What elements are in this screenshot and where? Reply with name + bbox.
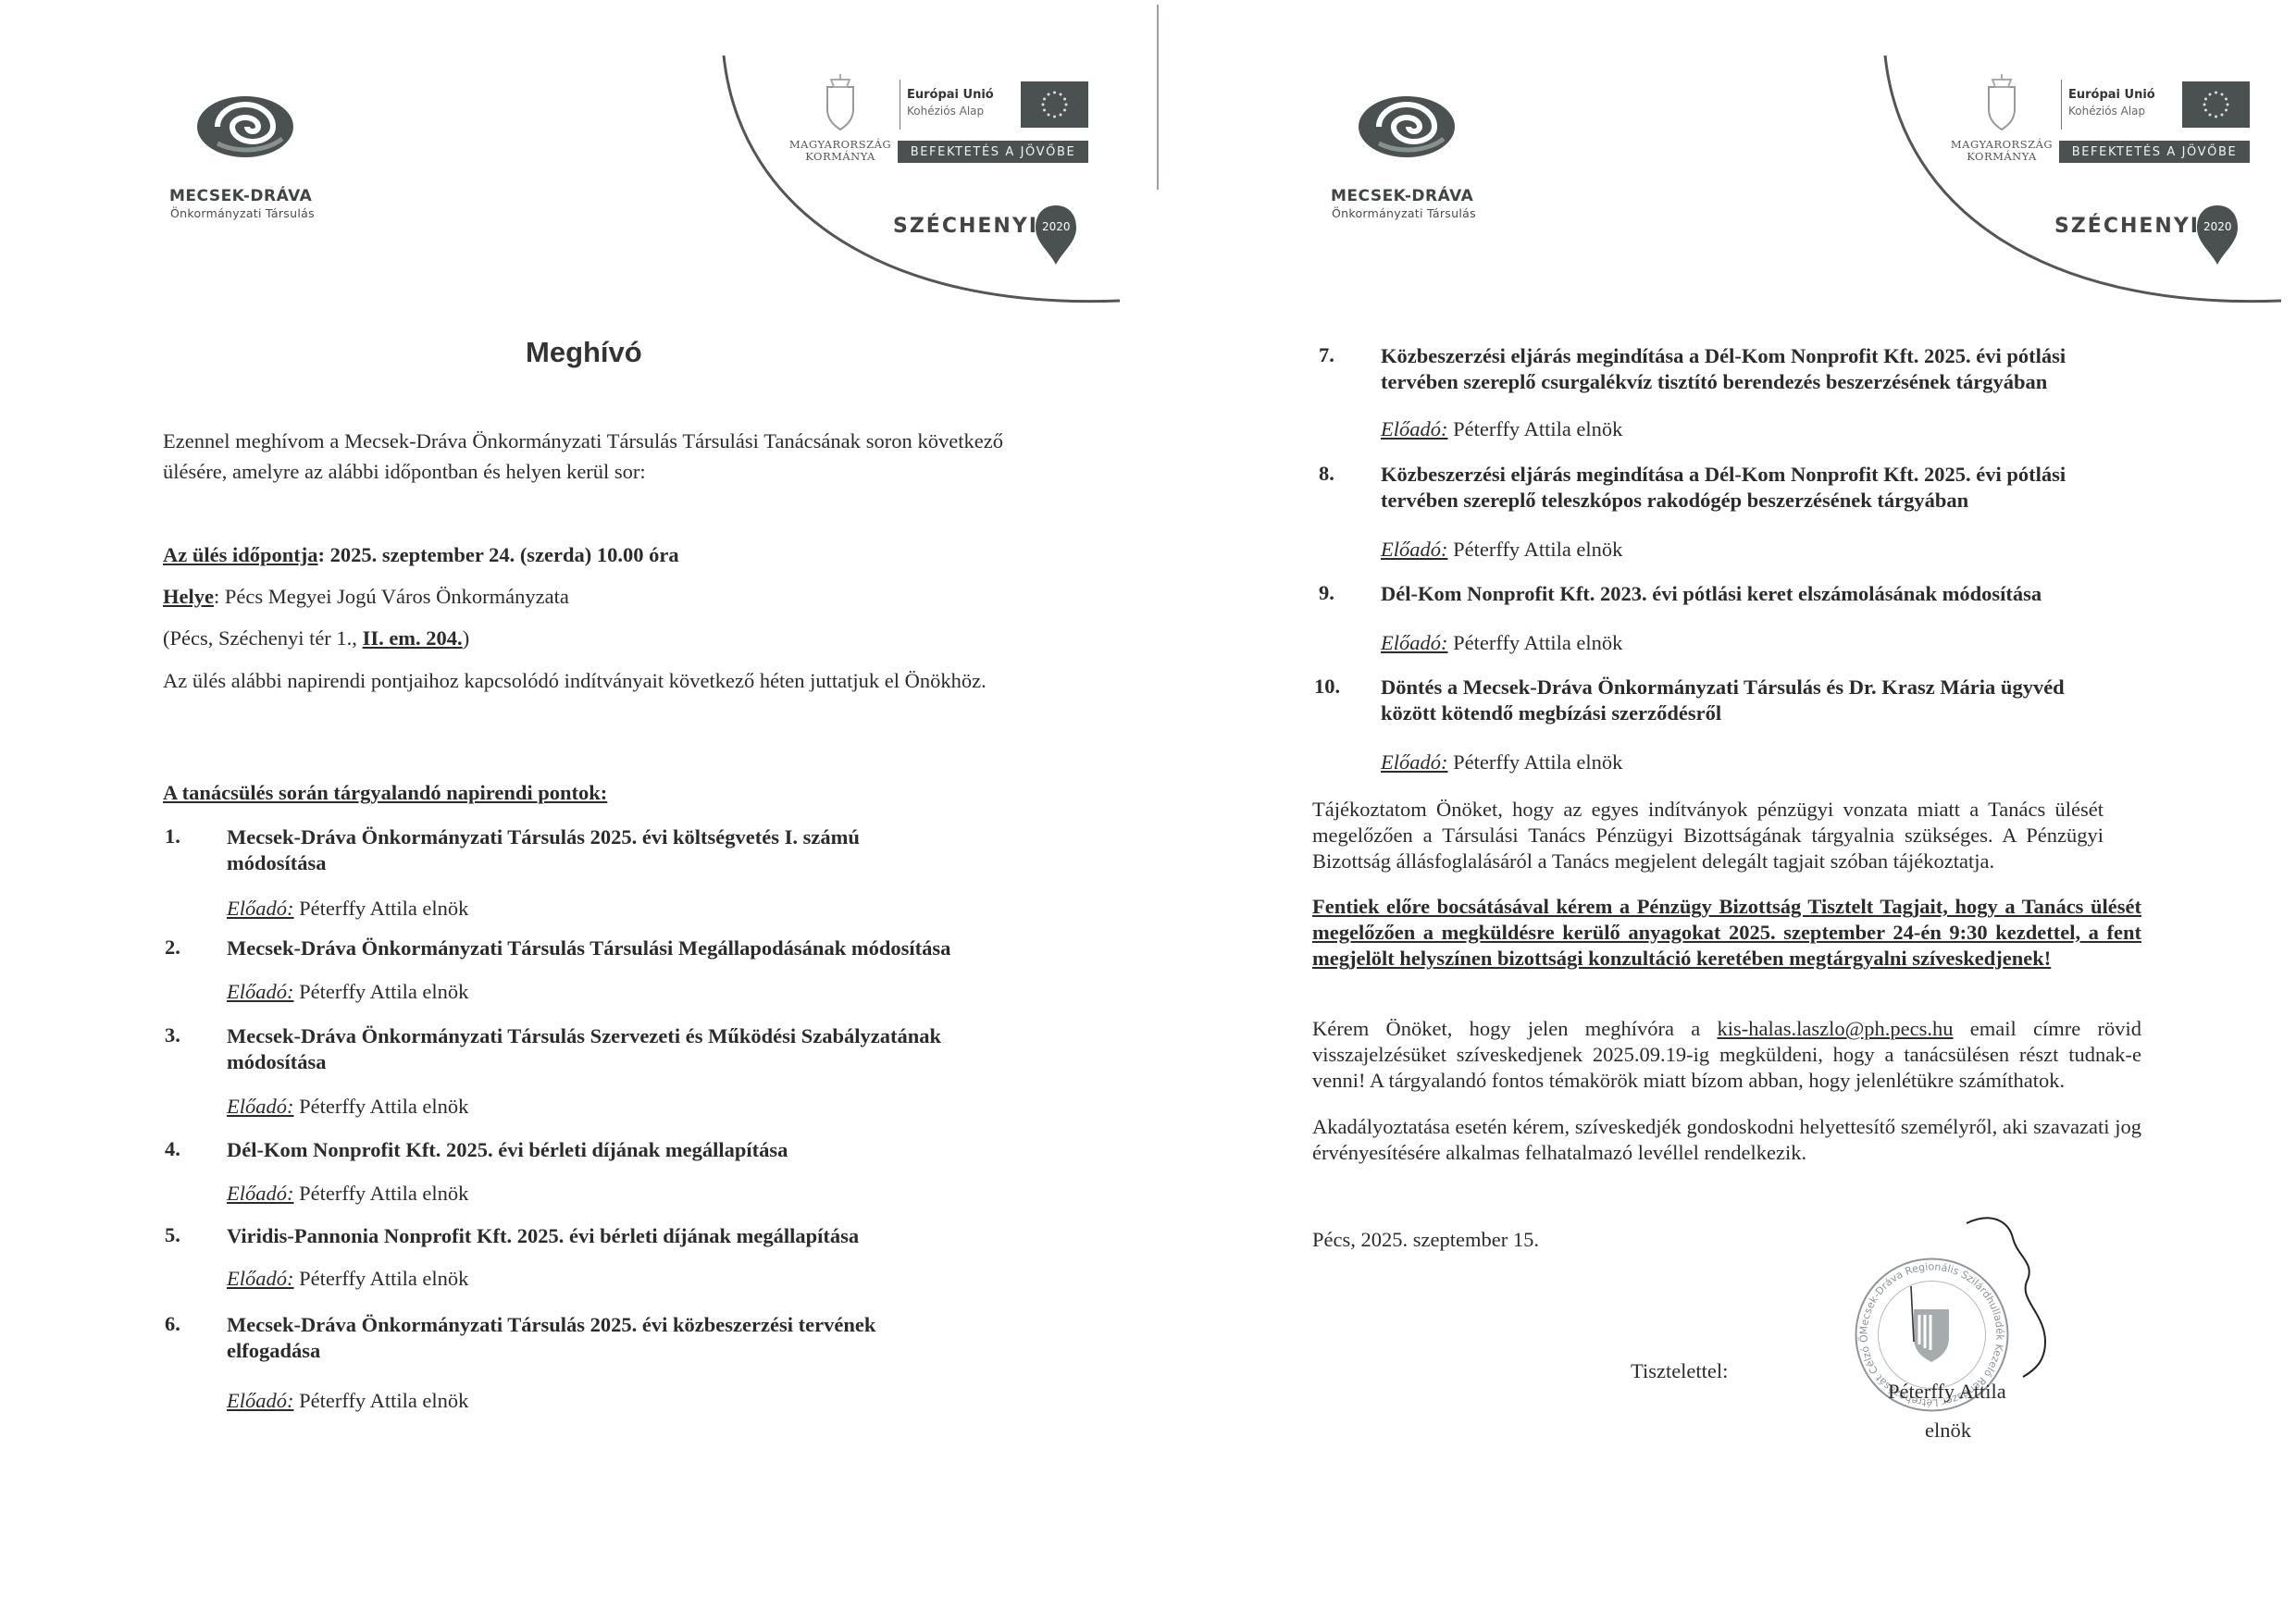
presenter-label: Előadó: [227, 1182, 294, 1205]
presenter-name: Péterffy Attila elnök [1448, 417, 1623, 440]
agenda-item-title: Mecsek-Dráva Önkormányzati Társulás 2025… [227, 824, 958, 876]
program-name: SZÉCHENYI [893, 215, 1038, 238]
government-label: MAGYARORSZÁG KORMÁNYA [1950, 139, 2054, 163]
notice-paragraph: Az ülés alábbi napirendi pontjaihoz kapc… [163, 668, 1003, 694]
agenda-item-number: 4. [165, 1137, 180, 1161]
meeting-place-value: : Pécs Megyei Jogú Város Önkormányzata [214, 585, 569, 608]
rsvp-prefix: Kérem Önöket, hogy jelen meghívóra a [1312, 1017, 1718, 1040]
presenter-name: Péterffy Attila elnök [294, 1389, 469, 1412]
signatory-name: Péterffy Attila [1888, 1379, 2006, 1405]
org-subtitle: Önkormányzati Társulás [170, 206, 315, 220]
agenda-item-number: 6. [165, 1312, 180, 1336]
proxy-paragraph: Akadályoztatása esetén kérem, szíveskedj… [1312, 1114, 2141, 1166]
org-subtitle: Önkormányzati Társulás [1332, 206, 1476, 220]
committee-request: Fentiek előre bocsátásával kérem a Pénzü… [1312, 894, 2141, 972]
agenda-item-presenter: Előadó: Péterffy Attila elnök [1381, 750, 1622, 774]
investment-band: BEFEKTETÉS A JÖVŐBE [898, 141, 1088, 163]
eu-divider [2061, 80, 2062, 130]
agenda-item-presenter: Előadó: Péterffy Attila elnök [227, 1267, 468, 1291]
spiral-logo-icon [1351, 88, 1462, 162]
presenter-name: Péterffy Attila elnök [294, 1182, 469, 1205]
presenter-name: Péterffy Attila elnök [1448, 750, 1623, 774]
info-paragraph: Tájékoztatom Önöket, hogy az egyes indít… [1312, 797, 2104, 874]
spiral-logo-icon [190, 88, 301, 162]
page-divider [1157, 5, 1159, 190]
agenda-item-title: Mecsek-Dráva Önkormányzati Társulás Szer… [227, 1023, 1004, 1075]
agenda-item-number: 5. [165, 1223, 180, 1247]
agenda-item-presenter: Előadó: Péterffy Attila elnök [1381, 538, 1622, 562]
rsvp-paragraph: Kérem Önöket, hogy jelen meghívóra a kis… [1312, 1016, 2141, 1094]
agenda-item-title: Döntés a Mecsek-Dráva Önkormányzati Társ… [1381, 675, 2103, 726]
program-year: 2020 [2203, 220, 2232, 233]
presenter-label: Előadó: [1381, 631, 1448, 654]
agenda-item-title: Viridis-Pannonia Nonprofit Kft. 2025. év… [227, 1223, 1004, 1249]
agenda-item-title: Közbeszerzési eljárás megindítása a Dél-… [1381, 462, 2121, 514]
agenda-item-presenter: Előadó: Péterffy Attila elnök [227, 1389, 468, 1413]
location-pin-icon: 2020 [1033, 204, 1079, 266]
meeting-date: Az ülés időpontja: 2025. szeptember 24. … [163, 542, 679, 568]
org-name: MECSEK-DRÁVA [169, 187, 312, 205]
closing: Tisztelettel: [1631, 1358, 1728, 1384]
agenda-item-number: 9. [1319, 581, 1334, 605]
presenter-label: Előadó: [1381, 417, 1448, 440]
agenda-item-number: 2. [165, 935, 180, 960]
agenda-item-presenter: Előadó: Péterffy Attila elnök [1381, 417, 1622, 441]
agenda-item-number: 10. [1314, 675, 1340, 699]
address-prefix: (Pécs, Széchenyi tér 1., [163, 626, 363, 650]
eu-divider [900, 80, 900, 130]
header-arc [0, 0, 1157, 333]
presenter-label: Előadó: [1381, 750, 1448, 774]
agenda-item-presenter: Előadó: Péterffy Attila elnök [227, 1095, 468, 1119]
eu-flag-icon [2182, 81, 2250, 128]
gov-line-2: KORMÁNYA [1950, 151, 2054, 163]
meeting-date-label: Az ülés időpontja [163, 543, 318, 566]
signature-icon [1860, 1212, 2064, 1388]
org-name: MECSEK-DRÁVA [1331, 187, 1473, 205]
eu-subtitle: Kohéziós Alap [2068, 105, 2145, 118]
hungarian-coat-of-arms-icon [822, 74, 859, 131]
program-name: SZÉCHENYI [2054, 215, 2200, 238]
agenda-item-number: 1. [165, 824, 180, 849]
eu-title: Európai Unió [907, 88, 994, 102]
investment-band: BEFEKTETÉS A JÖVŐBE [2059, 141, 2250, 163]
presenter-label: Előadó: [227, 1389, 294, 1412]
agenda-item-number: 8. [1319, 462, 1334, 486]
presenter-name: Péterffy Attila elnök [294, 980, 469, 1003]
agenda-item-presenter: Előadó: Péterffy Attila elnök [1381, 631, 1622, 655]
intro-paragraph: Ezennel meghívom a Mecsek-Dráva Önkormán… [163, 426, 1003, 487]
presenter-label: Előadó: [1381, 538, 1448, 561]
presenter-name: Péterffy Attila elnök [294, 897, 469, 920]
presenter-label: Előadó: [227, 897, 294, 920]
agenda-item-title: Mecsek-Dráva Önkormányzati Társulás Társ… [227, 935, 1004, 961]
meeting-place: Helye: Pécs Megyei Jogú Város Önkormányz… [163, 584, 569, 610]
agenda-heading: A tanácsülés során tárgyalandó napirendi… [163, 780, 607, 806]
presenter-label: Előadó: [227, 1267, 294, 1290]
location-pin-icon: 2020 [2194, 204, 2240, 266]
page-title: Meghívó [526, 336, 642, 369]
hungarian-coat-of-arms-icon [1983, 74, 2020, 131]
left-page-header: MECSEK-DRÁVA Önkormányzati Társulás MAGY… [0, 0, 1157, 1623]
eu-title: Európai Unió [2068, 88, 2155, 102]
program-year: 2020 [1042, 220, 1071, 233]
agenda-item-title: Dél-Kom Nonprofit Kft. 2025. évi bérleti… [227, 1137, 1004, 1163]
gov-line-2: KORMÁNYA [788, 151, 892, 163]
eu-flag-icon [1021, 81, 1088, 128]
header-arc [1161, 0, 2296, 333]
meeting-place-label: Helye [163, 585, 214, 608]
presenter-name: Péterffy Attila elnök [1448, 631, 1623, 654]
agenda-item-title: Dél-Kom Nonprofit Kft. 2023. évi pótlási… [1381, 581, 2121, 607]
presenter-name: Péterffy Attila elnök [294, 1095, 469, 1118]
meeting-date-value: : 2025. szeptember 24. (szerda) 10.00 ór… [318, 543, 679, 566]
address-suffix: ) [463, 626, 470, 650]
presenter-name: Péterffy Attila elnök [294, 1267, 469, 1290]
government-label: MAGYARORSZÁG KORMÁNYA [788, 139, 892, 163]
signatory-title: elnök [1925, 1418, 1971, 1443]
rsvp-email-link[interactable]: kis-halas.laszlo@ph.pecs.hu [1718, 1017, 1954, 1040]
agenda-item-presenter: Előadó: Péterffy Attila elnök [227, 897, 468, 921]
agenda-item-presenter: Előadó: Péterffy Attila elnök [227, 980, 468, 1004]
address-room: II. em. 204. [363, 626, 463, 650]
agenda-item-title: Közbeszerzési eljárás megindítása a Dél-… [1381, 343, 2121, 395]
place-date: Pécs, 2025. szeptember 15. [1312, 1227, 1539, 1253]
presenter-label: Előadó: [227, 980, 294, 1003]
meeting-address: (Pécs, Széchenyi tér 1., II. em. 204.) [163, 626, 469, 651]
agenda-item-presenter: Előadó: Péterffy Attila elnök [227, 1182, 468, 1206]
agenda-item-number: 3. [165, 1023, 180, 1047]
presenter-name: Péterffy Attila elnök [1448, 538, 1623, 561]
presenter-label: Előadó: [227, 1095, 294, 1118]
eu-subtitle: Kohéziós Alap [907, 105, 984, 118]
agenda-item-number: 7. [1319, 343, 1334, 367]
agenda-item-title: Mecsek-Dráva Önkormányzati Társulás 2025… [227, 1312, 958, 1364]
